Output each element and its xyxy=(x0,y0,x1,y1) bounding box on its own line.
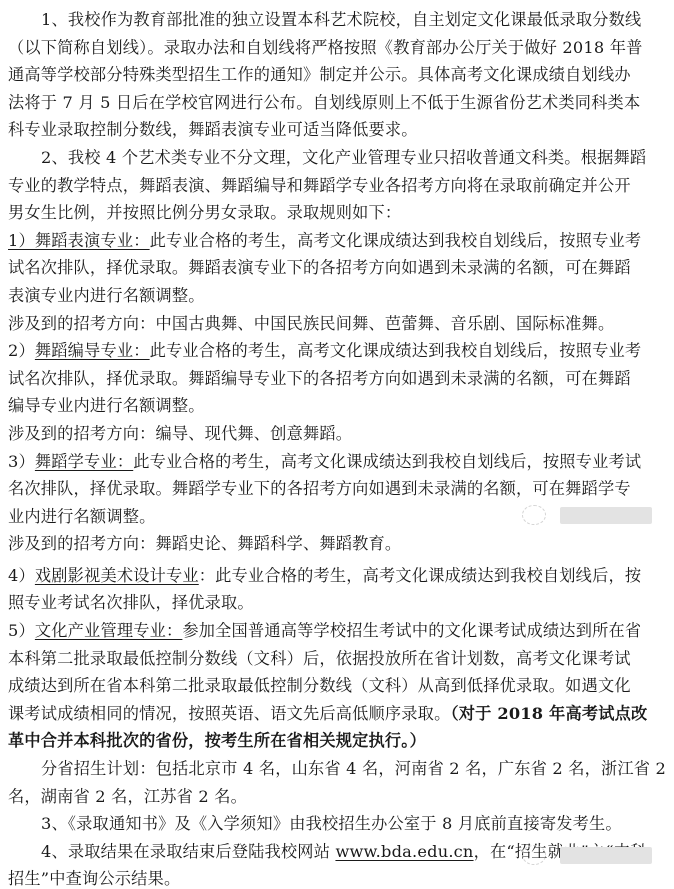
para2-line2: 专业的教学特点，舞蹈表演、舞蹈编导和舞蹈学专业各招考方向将在录取前确定并公开 xyxy=(8,172,668,200)
section1-directions: 涉及到的招考方向：中国古典舞、中国民族民间舞、芭蕾舞、音乐剧、国际标准舞。 xyxy=(8,310,668,338)
section-heading: 文化产业管理专业： xyxy=(35,621,183,640)
provincial-plan-line1: 分省招生计划：包括北京市 4 名，山东省 4 名，河南省 2 名，广东省 2 名… xyxy=(8,755,668,783)
section-text: 参加全国普通高等学校招生考试中的文化课考试成绩达到所在省 xyxy=(182,621,641,640)
section-text: 课考试成绩相同的情况，按照英语、语文先后高低顺序录取。 xyxy=(8,704,450,723)
para1-line1: 1、我校作为教育部批准的独立设置本科艺术院校，自主划定文化课最低录取分数线 xyxy=(8,6,668,34)
section-text: 此专业合格的考生，高考文化课成绩达到我校自划线后，按照专业考 xyxy=(150,231,642,250)
section1-line2: 试名次排队，择优录取。舞蹈表演专业下的各招考方向如遇到未录满的名额，可在舞蹈 xyxy=(8,254,668,282)
section5-line2: 本科第二批录取最低控制分数线（文科）后，依据投放所在省计划数，高考文化课考试 xyxy=(8,645,668,673)
section-number: 2） xyxy=(8,341,35,360)
section2-directions: 涉及到的招考方向：编导、现代舞、创意舞蹈。 xyxy=(8,420,668,448)
section-text: 此专业合格的考生，高考文化课成绩达到我校自划线后，按照专业考 xyxy=(150,341,642,360)
section-cultural-industry-management: 5）文化产业管理专业：参加全国普通高等学校招生考试中的文化课考试成绩达到所在省 xyxy=(8,617,668,645)
section5-bold-note-line2: 革中合并本科批次的省份，按考生所在省相关规定执行。） xyxy=(8,727,668,755)
section-number: 4） xyxy=(8,566,35,585)
provincial-plan-line2: 名，湖南省 2 名，江苏省 2 名。 xyxy=(8,783,668,811)
watermark-1 xyxy=(522,505,652,525)
section4-line2: 照专业考试名次排队，择优录取。 xyxy=(8,589,668,617)
para2-line1: 2、我校 4 个艺术类专业不分文理，文化产业管理专业只招收普通文科类。根据舞蹈 xyxy=(8,144,668,172)
blurred-account-name xyxy=(560,507,652,524)
admission-rules-document: 1、我校作为教育部批准的独立设置本科艺术院校，自主划定文化课最低录取分数线 （以… xyxy=(8,6,668,889)
para1-line3: 通高等学校部分特殊类型招生工作的通知》制定并公示。具体高考文化课成绩自划线办 xyxy=(8,61,668,89)
item4-text: 4、录取结果在录取结束后登陆我校网站 xyxy=(41,842,335,861)
section5-line3: 成绩达到所在省本科第二批录取最低控制分数线（文科）从高到低择优录取。如遇文化 xyxy=(8,672,668,700)
section-number: 3） xyxy=(8,452,35,471)
section-heading: 舞蹈学专业： xyxy=(35,452,133,471)
website-link[interactable]: www.bda.edu.cn xyxy=(335,842,473,861)
watermark-2 xyxy=(522,845,652,865)
section3-line2: 名次排队，择优录取。舞蹈学专业下的各招考方向如遇到未录满的名额，可在舞蹈学专 xyxy=(8,475,668,503)
section-stage-art-design: 4）戏剧影视美术设计专业：此专业合格的考生，高考文化课成绩达到我校自划线后，按 xyxy=(8,562,668,590)
section-text: 此专业合格的考生，高考文化课成绩达到我校自划线后，按照专业考试 xyxy=(133,452,641,471)
section-number: 5） xyxy=(8,621,35,640)
para1-line5: 科专业录取控制分数线，舞蹈表演专业可适当降低要求。 xyxy=(8,116,668,144)
section-dance-choreography: 2）舞蹈编导专业：此专业合格的考生，高考文化课成绩达到我校自划线后，按照专业考 xyxy=(8,337,668,365)
para1-line4: 法将于 7 月 5 日后在学校官网进行公布。自划线原则上不低于生源省份艺术类同科… xyxy=(8,89,668,117)
para2-line3: 男女生比例，并按照比例分男女录取。录取规则如下： xyxy=(8,199,668,227)
bold-note: （对于 2018 年高考试点改 xyxy=(450,704,647,723)
section1-line3: 表演专业内进行名额调整。 xyxy=(8,282,668,310)
section-heading: 戏剧影视美术设计专业 xyxy=(35,566,199,585)
section-heading: 1）舞蹈表演专业： xyxy=(8,231,150,250)
wechat-logo-icon xyxy=(522,845,546,865)
section3-directions: 涉及到的招考方向：舞蹈史论、舞蹈科学、舞蹈教育。 xyxy=(8,530,668,558)
wechat-logo-icon xyxy=(522,505,546,525)
section-text: ：此专业合格的考生，高考文化课成绩达到我校自划线后，按 xyxy=(199,566,641,585)
para1-line2: （以下简称自划线）。录取办法和自划线将严格按照《教育部办公厅关于做好 2018 … xyxy=(8,34,668,62)
section2-line3: 编导专业内进行名额调整。 xyxy=(8,392,668,420)
item4-line2: 招生”中查询公示结果。 xyxy=(8,865,668,889)
blurred-account-name xyxy=(560,847,652,864)
section-heading: 舞蹈编导专业： xyxy=(35,341,150,360)
section-dance-studies: 3）舞蹈学专业：此专业合格的考生，高考文化课成绩达到我校自划线后，按照专业考试 xyxy=(8,448,668,476)
section5-line4: 课考试成绩相同的情况，按照英语、语文先后高低顺序录取。（对于 2018 年高考试… xyxy=(8,700,668,728)
section2-line2: 试名次排队，择优录取。舞蹈编导专业下的各招考方向如遇到未录满的名额，可在舞蹈 xyxy=(8,365,668,393)
section-dance-performance: 1）舞蹈表演专业：此专业合格的考生，高考文化课成绩达到我校自划线后，按照专业考 xyxy=(8,227,668,255)
item3-notice: 3、《录取通知书》及《入学须知》由我校招生办公室于 8 月底前直接寄发考生。 xyxy=(8,810,668,838)
